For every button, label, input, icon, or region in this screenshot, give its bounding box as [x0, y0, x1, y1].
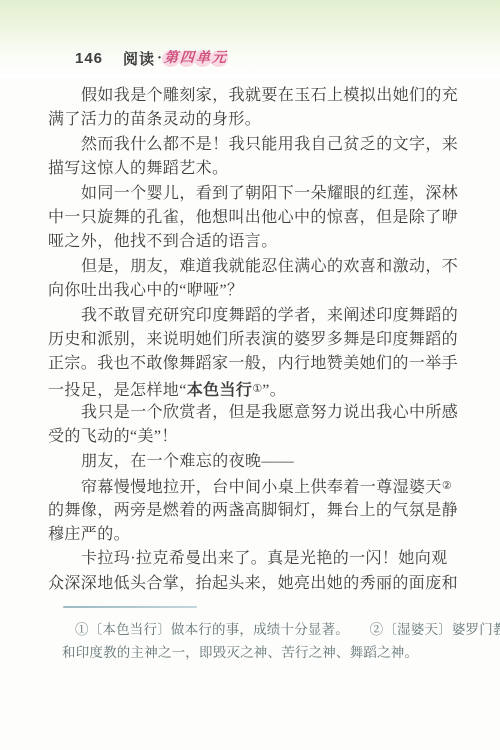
- footnote-line: ①〔本色当行〕做本行的事，成绩十分显著。 ②〔湿婆天〕婆罗门教: [62, 618, 454, 641]
- running-head: 146 阅读 · 第四单元: [75, 48, 228, 68]
- text-line: 众深深地低头合掌，抬起头来，她亮出她的秀丽的面庞和: [48, 572, 468, 596]
- text-line: 然而我什么都不是！我只能用我自己贫乏的文字，来: [48, 133, 468, 157]
- text-line: 历史和派别，来说明她们所表演的婆罗多舞是印度舞蹈的: [48, 328, 468, 352]
- text-line: 一投足，是怎样地“本色当行①”。: [48, 377, 468, 401]
- text-line: 的舞像，两旁是燃着的两盏高脚铜灯，舞台上的气氛是静: [48, 499, 468, 523]
- text-line: 穆庄严的。: [48, 523, 468, 547]
- footnotes: ①〔本色当行〕做本行的事，成绩十分显著。 ②〔湿婆天〕婆罗门教 和印度教的主神之…: [62, 618, 454, 664]
- page-number: 146: [75, 50, 103, 67]
- text-segment: 一投足，是怎样地“: [48, 382, 187, 399]
- text-line: 朋友，在一个难忘的夜晚——: [48, 450, 468, 474]
- text-line: 描写这惊人的舞蹈艺术。: [48, 157, 468, 181]
- text-line: 帘幕慢慢地拉开，台中间小桌上供奉着一尊湿婆天②: [48, 474, 468, 498]
- text-line: 向你吐出我心中的“咿哑”？: [48, 279, 468, 303]
- footnote-marker: ①: [252, 383, 262, 395]
- text-line: 哑之外，他找不到合适的语言。: [48, 230, 468, 254]
- text-segment: ”。: [262, 382, 286, 399]
- footnote-separator-rule: [63, 606, 197, 608]
- text-line: 但是，朋友，难道我就能忍住满心的欢喜和激动，不: [48, 255, 468, 279]
- footnote-marker: ②: [442, 480, 452, 492]
- text-line: 满了活力的苗条灵动的身形。: [48, 108, 468, 132]
- text-line: 我只是一个欣赏者，但是我愿意努力说出我心中所感: [48, 401, 468, 425]
- text-line: 我不敢冒充研究印度舞蹈的学者，来阐述印度舞蹈的: [48, 304, 468, 328]
- body-text: 假如我是个雕刻家，我就要在玉石上模拟出她们的充 满了活力的苗条灵动的身形。 然而…: [48, 84, 468, 596]
- text-line: 受的飞动的“美”！: [48, 425, 468, 449]
- footnote-line: 和印度教的主神之一，即毁灭之神、苦行之神、舞蹈之神。: [62, 641, 454, 664]
- text-segment: 帘幕慢慢地拉开，台中间小桌上供奉着一尊湿婆天: [81, 479, 442, 496]
- text-line: 卡拉玛·拉克希曼出来了。真是光艳的一闪！她向观: [48, 547, 468, 571]
- emphasized-term: 本色当行: [187, 382, 253, 399]
- unit-title-char: 元: [209, 50, 228, 67]
- text-line: 正宗。我也不敢像舞蹈家一般，内行地赞美她们的一举手: [48, 352, 468, 376]
- unit-title: 第四单元: [164, 50, 228, 67]
- text-line: 中一只旋舞的孔雀，他想叫出他心中的惊喜，但是除了咿: [48, 206, 468, 230]
- text-line: 假如我是个雕刻家，我就要在玉石上模拟出她们的充: [48, 84, 468, 108]
- section-label: 阅读: [123, 48, 155, 69]
- text-line: 如同一个婴儿，看到了朝阳下一朵耀眼的红莲，深林: [48, 182, 468, 206]
